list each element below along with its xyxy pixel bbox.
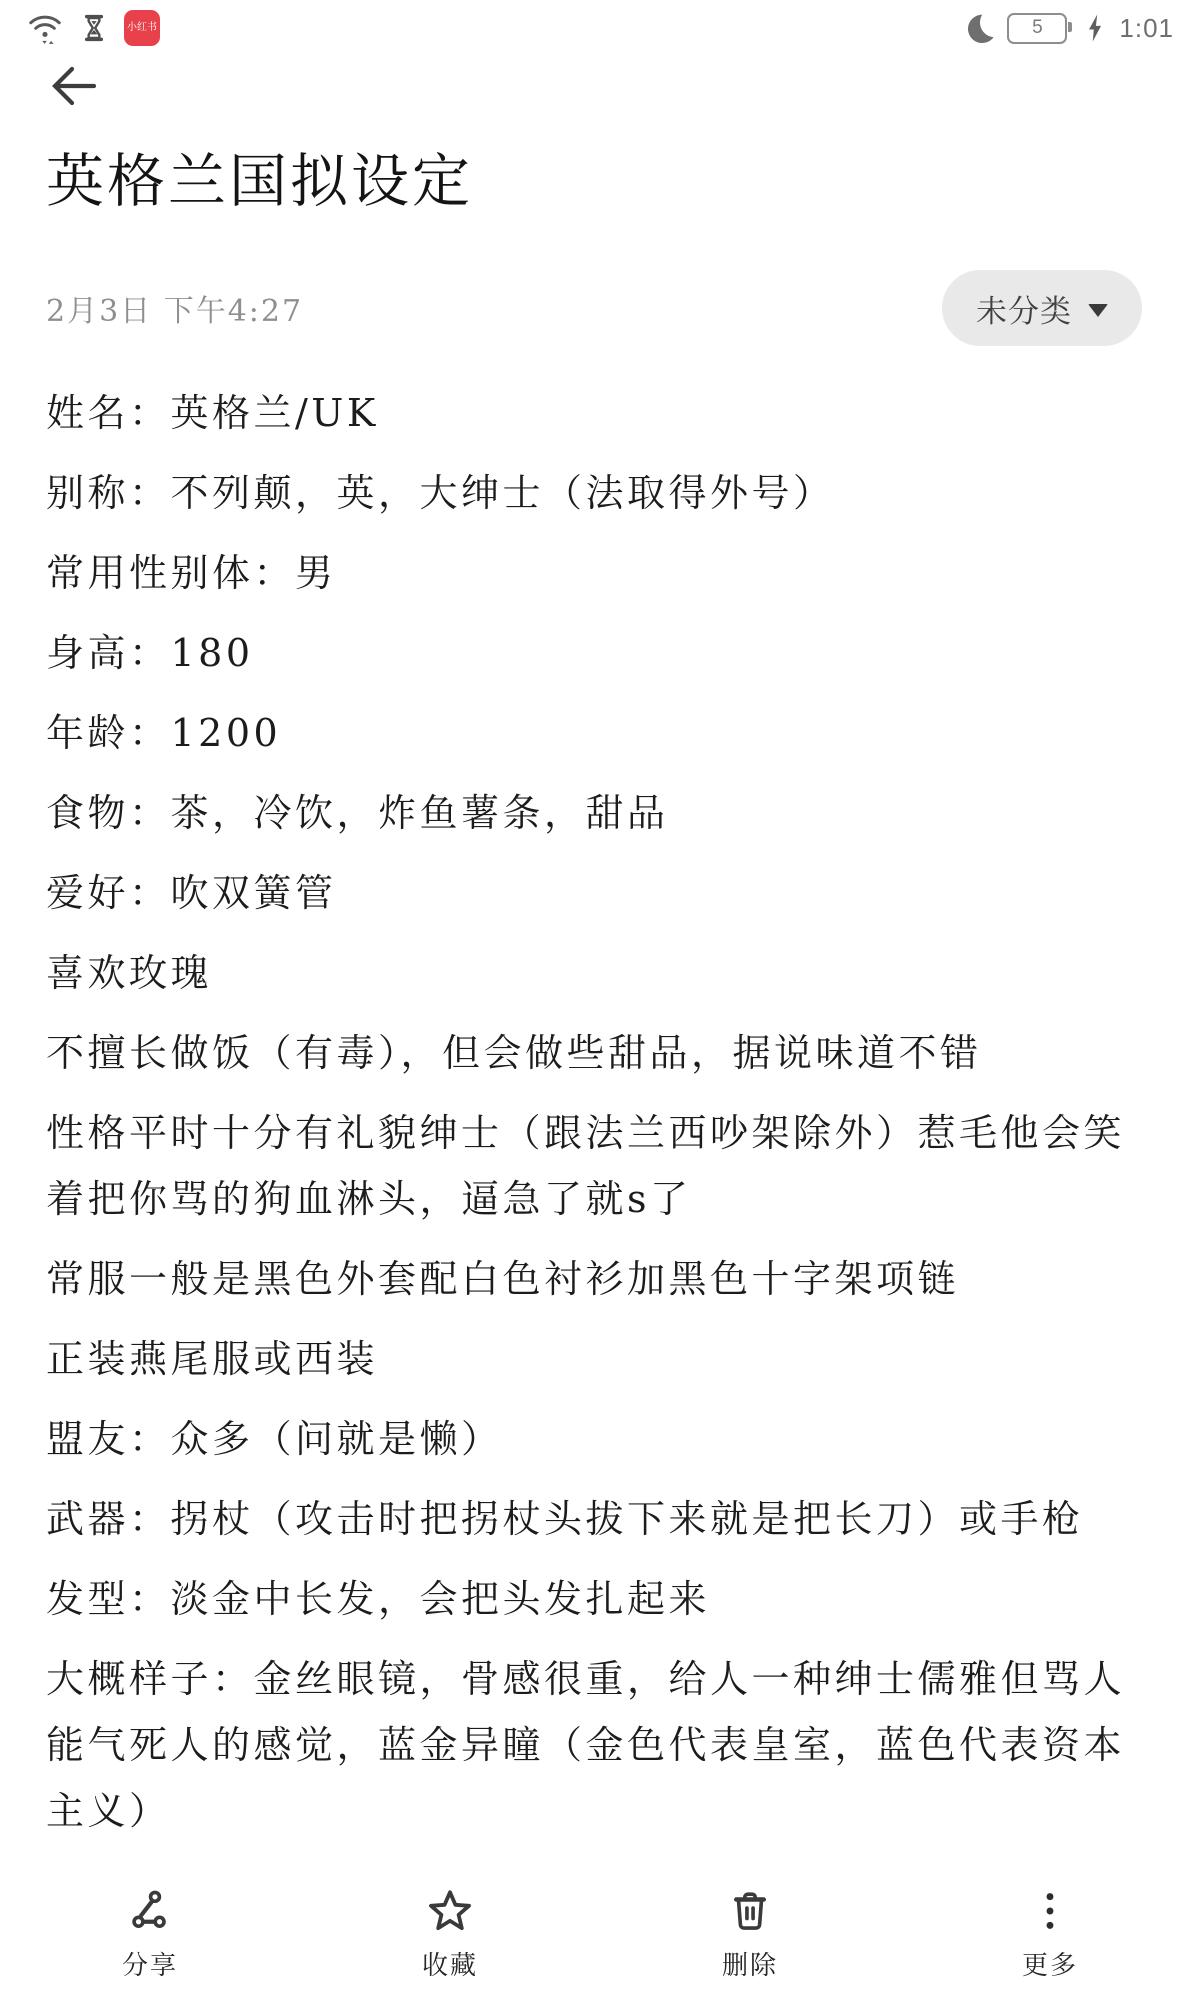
star-icon: [426, 1886, 474, 1936]
note-paragraph: 武器：拐杖（攻击时把拐杖头拔下来就是把长刀）或手枪: [46, 1486, 1160, 1552]
status-bar: 小红书 5 1:01: [0, 0, 1200, 48]
favorite-button[interactable]: 收藏: [300, 1882, 600, 1994]
xiaohongshu-app-icon: 小红书: [124, 10, 160, 46]
wifi-icon: [26, 10, 64, 46]
share-label: 分享: [122, 1945, 178, 1982]
note-paragraph: 姓名：英格兰/UK: [46, 380, 1160, 446]
note-paragraph: 发型：淡金中长发，会把头发扎起来: [46, 1566, 1160, 1632]
note-title: 英格兰国拟设定: [46, 142, 1140, 220]
share-icon: [127, 1886, 173, 1936]
chevron-down-icon: [1088, 304, 1108, 317]
note-paragraph: 喜欢玫瑰: [46, 940, 1160, 1006]
do-not-disturb-moon-icon: [963, 11, 997, 45]
note-paragraph: 身高：180: [46, 620, 1160, 686]
note-content[interactable]: 姓名：英格兰/UK 别称：不列颠，英，大绅士（法取得外号） 常用性别体：男 身高…: [46, 380, 1160, 1858]
note-paragraph: 爱好：吹双簧管: [46, 860, 1160, 926]
note-paragraph: 常用性别体：男: [46, 540, 1160, 606]
battery-indicator: 5: [1007, 13, 1067, 44]
note-paragraph: 食物：茶，冷饮，炸鱼薯条，甜品: [46, 780, 1160, 846]
more-label: 更多: [1022, 1945, 1078, 1982]
charging-bolt-icon: [1085, 13, 1105, 43]
note-date: 2月3日 下午4:27: [46, 286, 303, 330]
delete-button[interactable]: 删除: [600, 1882, 900, 1994]
note-paragraph: 性格平时十分有礼貌绅士（跟法兰西吵架除外）惹毛他会笑着把你骂的狗血淋头，逼急了就…: [46, 1100, 1160, 1232]
back-button[interactable]: [48, 60, 100, 112]
battery-level: 5: [1032, 17, 1043, 39]
note-paragraph: 盟友：众多（问就是懒）: [46, 1406, 1160, 1472]
more-button[interactable]: 更多: [900, 1882, 1200, 1994]
share-button[interactable]: 分享: [0, 1882, 300, 1994]
delete-label: 删除: [722, 1945, 778, 1982]
note-paragraph: 年龄：1200: [46, 700, 1160, 766]
note-paragraph: 不擅长做饭（有毒），但会做些甜品，据说味道不错: [46, 1020, 1160, 1086]
more-vertical-icon: [1027, 1886, 1073, 1936]
note-meta-row: 2月3日 下午4:27 未分类: [46, 268, 1142, 348]
note-paragraph: 大概样子：金丝眼镜，骨感很重，给人一种绅士儒雅但骂人能气死人的感觉，蓝金异瞳（金…: [46, 1646, 1160, 1844]
category-dropdown[interactable]: 未分类: [942, 270, 1142, 346]
status-time: 1:01: [1119, 13, 1174, 44]
note-paragraph: 别称：不列颠，英，大绅士（法取得外号）: [46, 460, 1160, 526]
trash-icon: [727, 1886, 773, 1936]
bottom-toolbar: 分享 收藏 删除 更多: [0, 1882, 1200, 1994]
note-paragraph: 正装燕尾服或西装: [46, 1326, 1160, 1392]
status-bar-left: 小红书: [26, 10, 160, 46]
hourglass-icon: [78, 11, 110, 45]
status-bar-right: 5 1:01: [963, 11, 1174, 45]
category-label: 未分类: [976, 286, 1072, 331]
favorite-label: 收藏: [422, 1945, 478, 1982]
note-paragraph: 常服一般是黑色外套配白色衬衫加黑色十字架项链: [46, 1246, 1160, 1312]
